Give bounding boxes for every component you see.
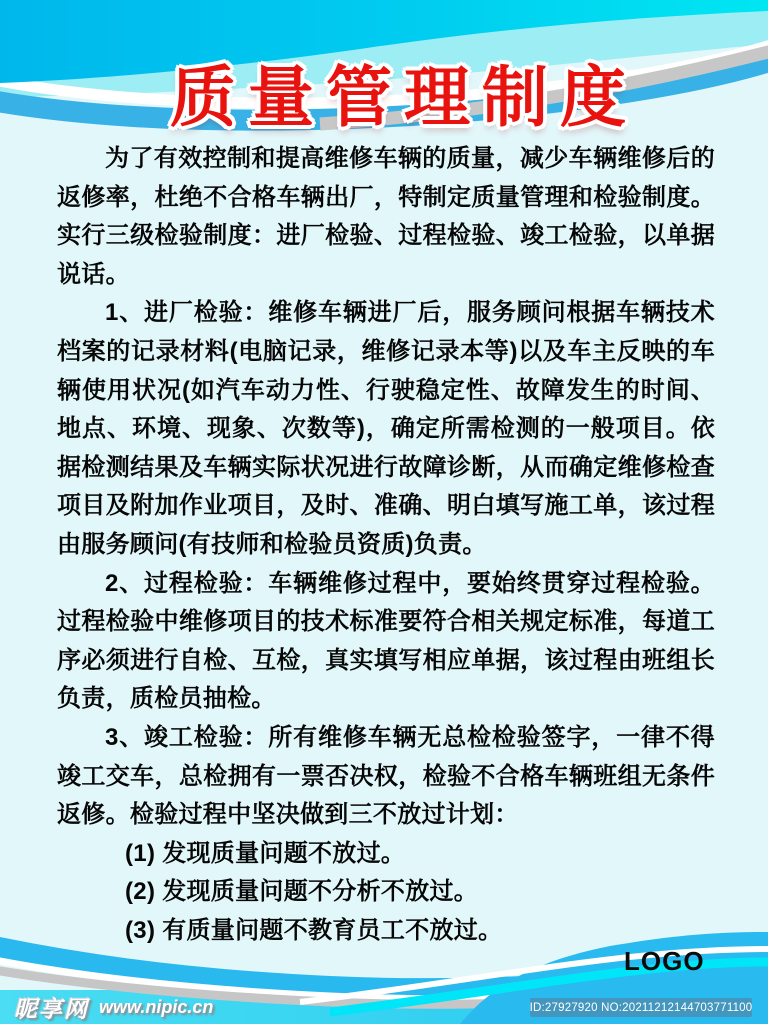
document-body: 为了有效控制和提高维修车辆的质量，减少车辆维修后的返修率，杜绝不合格车辆出厂，特… bbox=[57, 140, 715, 950]
paragraph-completion-inspection: 3、竣工检验：所有维修车辆无总检检验签字，一律不得竣工交车，总检拥有一票否决权，… bbox=[57, 719, 715, 835]
logo-placeholder-text: LOGO bbox=[624, 946, 705, 977]
list-item: (1) 发现质量问题不放过。 bbox=[125, 835, 715, 874]
list-item: (3) 有质量问题不教育员工不放过。 bbox=[125, 912, 715, 951]
paragraph-process-inspection: 2、过程检验：车辆维修过程中，要始终贯穿过程检验。过程检验中维修项目的技术标准要… bbox=[57, 565, 715, 719]
watermark-site-name: 昵享网 bbox=[14, 991, 89, 1024]
quality-management-poster: 质量管理制度 为了有效控制和提高维修车辆的质量，减少车辆维修后的返修率，杜绝不合… bbox=[0, 0, 768, 1024]
paragraph-intro: 为了有效控制和提高维修车辆的质量，减少车辆维修后的返修率，杜绝不合格车辆出厂，特… bbox=[57, 140, 715, 294]
image-id-badge: ID:27927920 NO:20211212144703771100 bbox=[530, 998, 752, 1017]
three-no-pass-list: (1) 发现质量问题不放过。 (2) 发现质量问题不分析不放过。 (3) 有质量… bbox=[57, 835, 715, 951]
page-title: 质量管理制度 bbox=[20, 44, 768, 139]
paragraph-incoming-inspection: 1、进厂检验：维修车辆进厂后，服务顾问根据车辆技术档案的记录材料(电脑记录，维修… bbox=[57, 294, 715, 564]
watermark-site-url: www.nipic.cn bbox=[99, 997, 213, 1018]
watermark-bar: 昵享网 www.nipic.cn ID:27927920 NO:20211212… bbox=[0, 990, 768, 1024]
list-item: (2) 发现质量问题不分析不放过。 bbox=[125, 873, 715, 912]
